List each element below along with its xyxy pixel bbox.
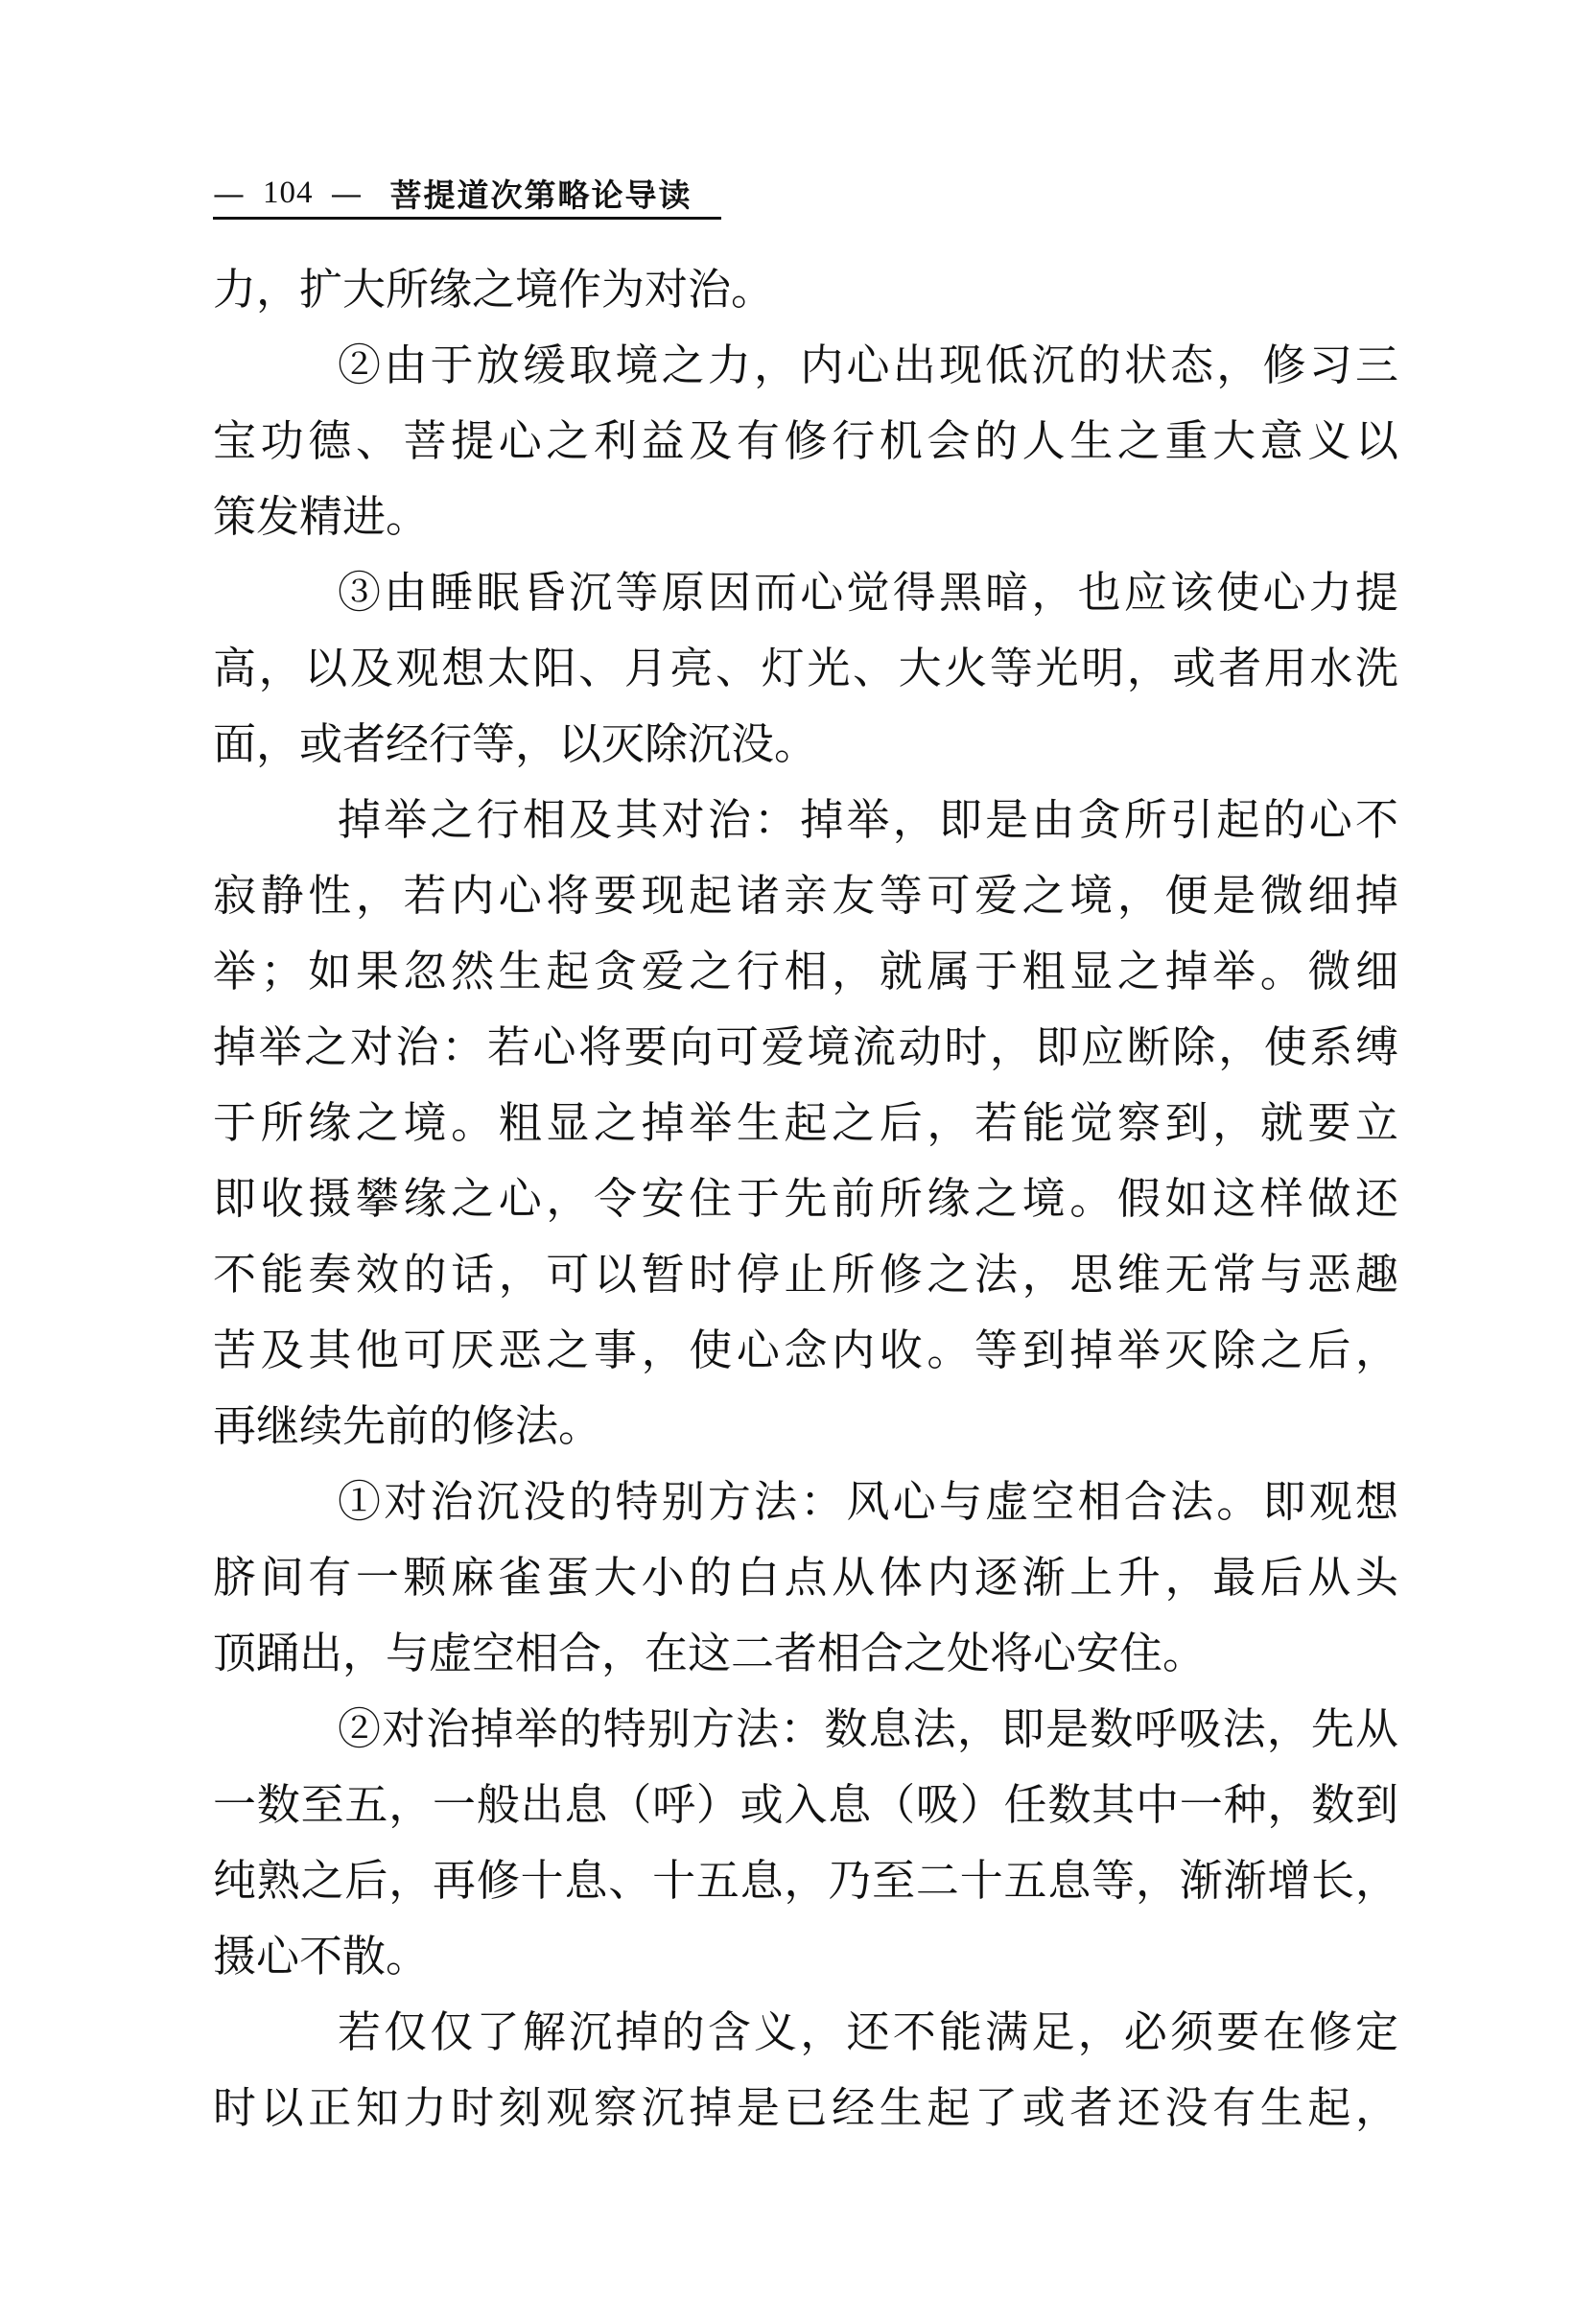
body-text: 力，扩大所缘之境作为对治。 ②由于放缓取境之力，内心出现低沉的状态，修习三 宝功… bbox=[213, 251, 1398, 2146]
text-line: ②由于放缓取境之力，内心出现低沉的状态，修习三 bbox=[213, 327, 1398, 403]
text-line: 高，以及观想太阳、月亮、灯光、大火等光明，或者用水洗 bbox=[213, 630, 1398, 706]
paragraph-excitement-antidote: 掉举之行相及其对治：掉举，即是由贪所引起的心不 寂静性，若内心将要现起诸亲友等可… bbox=[213, 782, 1398, 1464]
text-line: 一数至五，一般出息（呼）或入息（吸）任数其中一种，数到 bbox=[213, 1767, 1398, 1842]
text-line: 面，或者经行等，以灭除沉没。 bbox=[213, 706, 1398, 782]
text-line: 若仅仅了解沉掉的含义，还不能满足，必须要在修定 bbox=[213, 1994, 1398, 2070]
text-line: 摄心不散。 bbox=[213, 1918, 1398, 1994]
text-line: 不能奏效的话，可以暂时停止所修之法，思维无常与恶趣 bbox=[213, 1236, 1398, 1312]
text-line: 再继续先前的修法。 bbox=[213, 1388, 1398, 1464]
paragraph-item-1-sinking-method: ①对治沉没的特别方法：风心与虚空相合法。即观想 脐间有一颗麻雀蛋大小的白点从体内… bbox=[213, 1464, 1398, 1691]
text-line: 寂静性，若内心将要现起诸亲友等可爱之境，便是微细掉 bbox=[213, 857, 1398, 933]
paragraph-continuation: 力，扩大所缘之境作为对治。 bbox=[213, 251, 1398, 327]
text-line: ①对治沉没的特别方法：风心与虚空相合法。即观想 bbox=[213, 1464, 1398, 1539]
text-line: 时以正知力时刻观察沉掉是已经生起了或者还没有生起， bbox=[213, 2070, 1398, 2146]
text-line: 掉举之对治：若心将要向可爱境流动时，即应断除，使系缚 bbox=[213, 1009, 1398, 1085]
text-line: 举；如果忽然生起贪爱之行相，就属于粗显之掉举。微细 bbox=[213, 933, 1398, 1009]
text-line: 纯熟之后，再修十息、十五息，乃至二十五息等，渐渐增长， bbox=[213, 1842, 1398, 1918]
paragraph-item-3-darkness: ③由睡眠昏沉等原因而心觉得黑暗，也应该使心力提 高，以及观想太阳、月亮、灯光、大… bbox=[213, 554, 1398, 782]
running-header: — 104 — 菩提道次第略论导读 bbox=[213, 169, 721, 220]
text-line: ②对治掉举的特别方法：数息法，即是数呼吸法，先从 bbox=[213, 1691, 1398, 1767]
text-line: 即收摄攀缘之心，令安住于先前所缘之境。假如这样做还 bbox=[213, 1161, 1398, 1236]
paragraph-item-2-breath-counting: ②对治掉举的特别方法：数息法，即是数呼吸法，先从 一数至五，一般出息（呼）或入息… bbox=[213, 1691, 1398, 1994]
paragraph-vigilance: 若仅仅了解沉掉的含义，还不能满足，必须要在修定 时以正知力时刻观察沉掉是已经生起… bbox=[213, 1994, 1398, 2146]
page-number: 104 bbox=[263, 176, 314, 211]
text-line: 策发精进。 bbox=[213, 479, 1398, 554]
text-line: 苦及其他可厌恶之事，使心念内收。等到掉举灭除之后， bbox=[213, 1312, 1398, 1388]
text-line: 脐间有一颗麻雀蛋大小的白点从体内逐渐上升，最后从头 bbox=[213, 1539, 1398, 1615]
header-dash-left: — bbox=[213, 175, 246, 212]
header-dash-right: — bbox=[331, 175, 364, 212]
paragraph-item-2-lethargy: ②由于放缓取境之力，内心出现低沉的状态，修习三 宝功德、菩提心之利益及有修行机会… bbox=[213, 327, 1398, 554]
text-line: 掉举之行相及其对治：掉举，即是由贪所引起的心不 bbox=[213, 782, 1398, 857]
book-title: 菩提道次第略论导读 bbox=[390, 171, 692, 216]
text-line: ③由睡眠昏沉等原因而心觉得黑暗，也应该使心力提 bbox=[213, 554, 1398, 630]
text-line: 宝功德、菩提心之利益及有修行机会的人生之重大意义以 bbox=[213, 403, 1398, 479]
text-line: 于所缘之境。粗显之掉举生起之后，若能觉察到，就要立 bbox=[213, 1085, 1398, 1161]
text-line: 力，扩大所缘之境作为对治。 bbox=[213, 251, 1398, 327]
text-line: 顶踊出，与虚空相合，在这二者相合之处将心安住。 bbox=[213, 1615, 1398, 1691]
